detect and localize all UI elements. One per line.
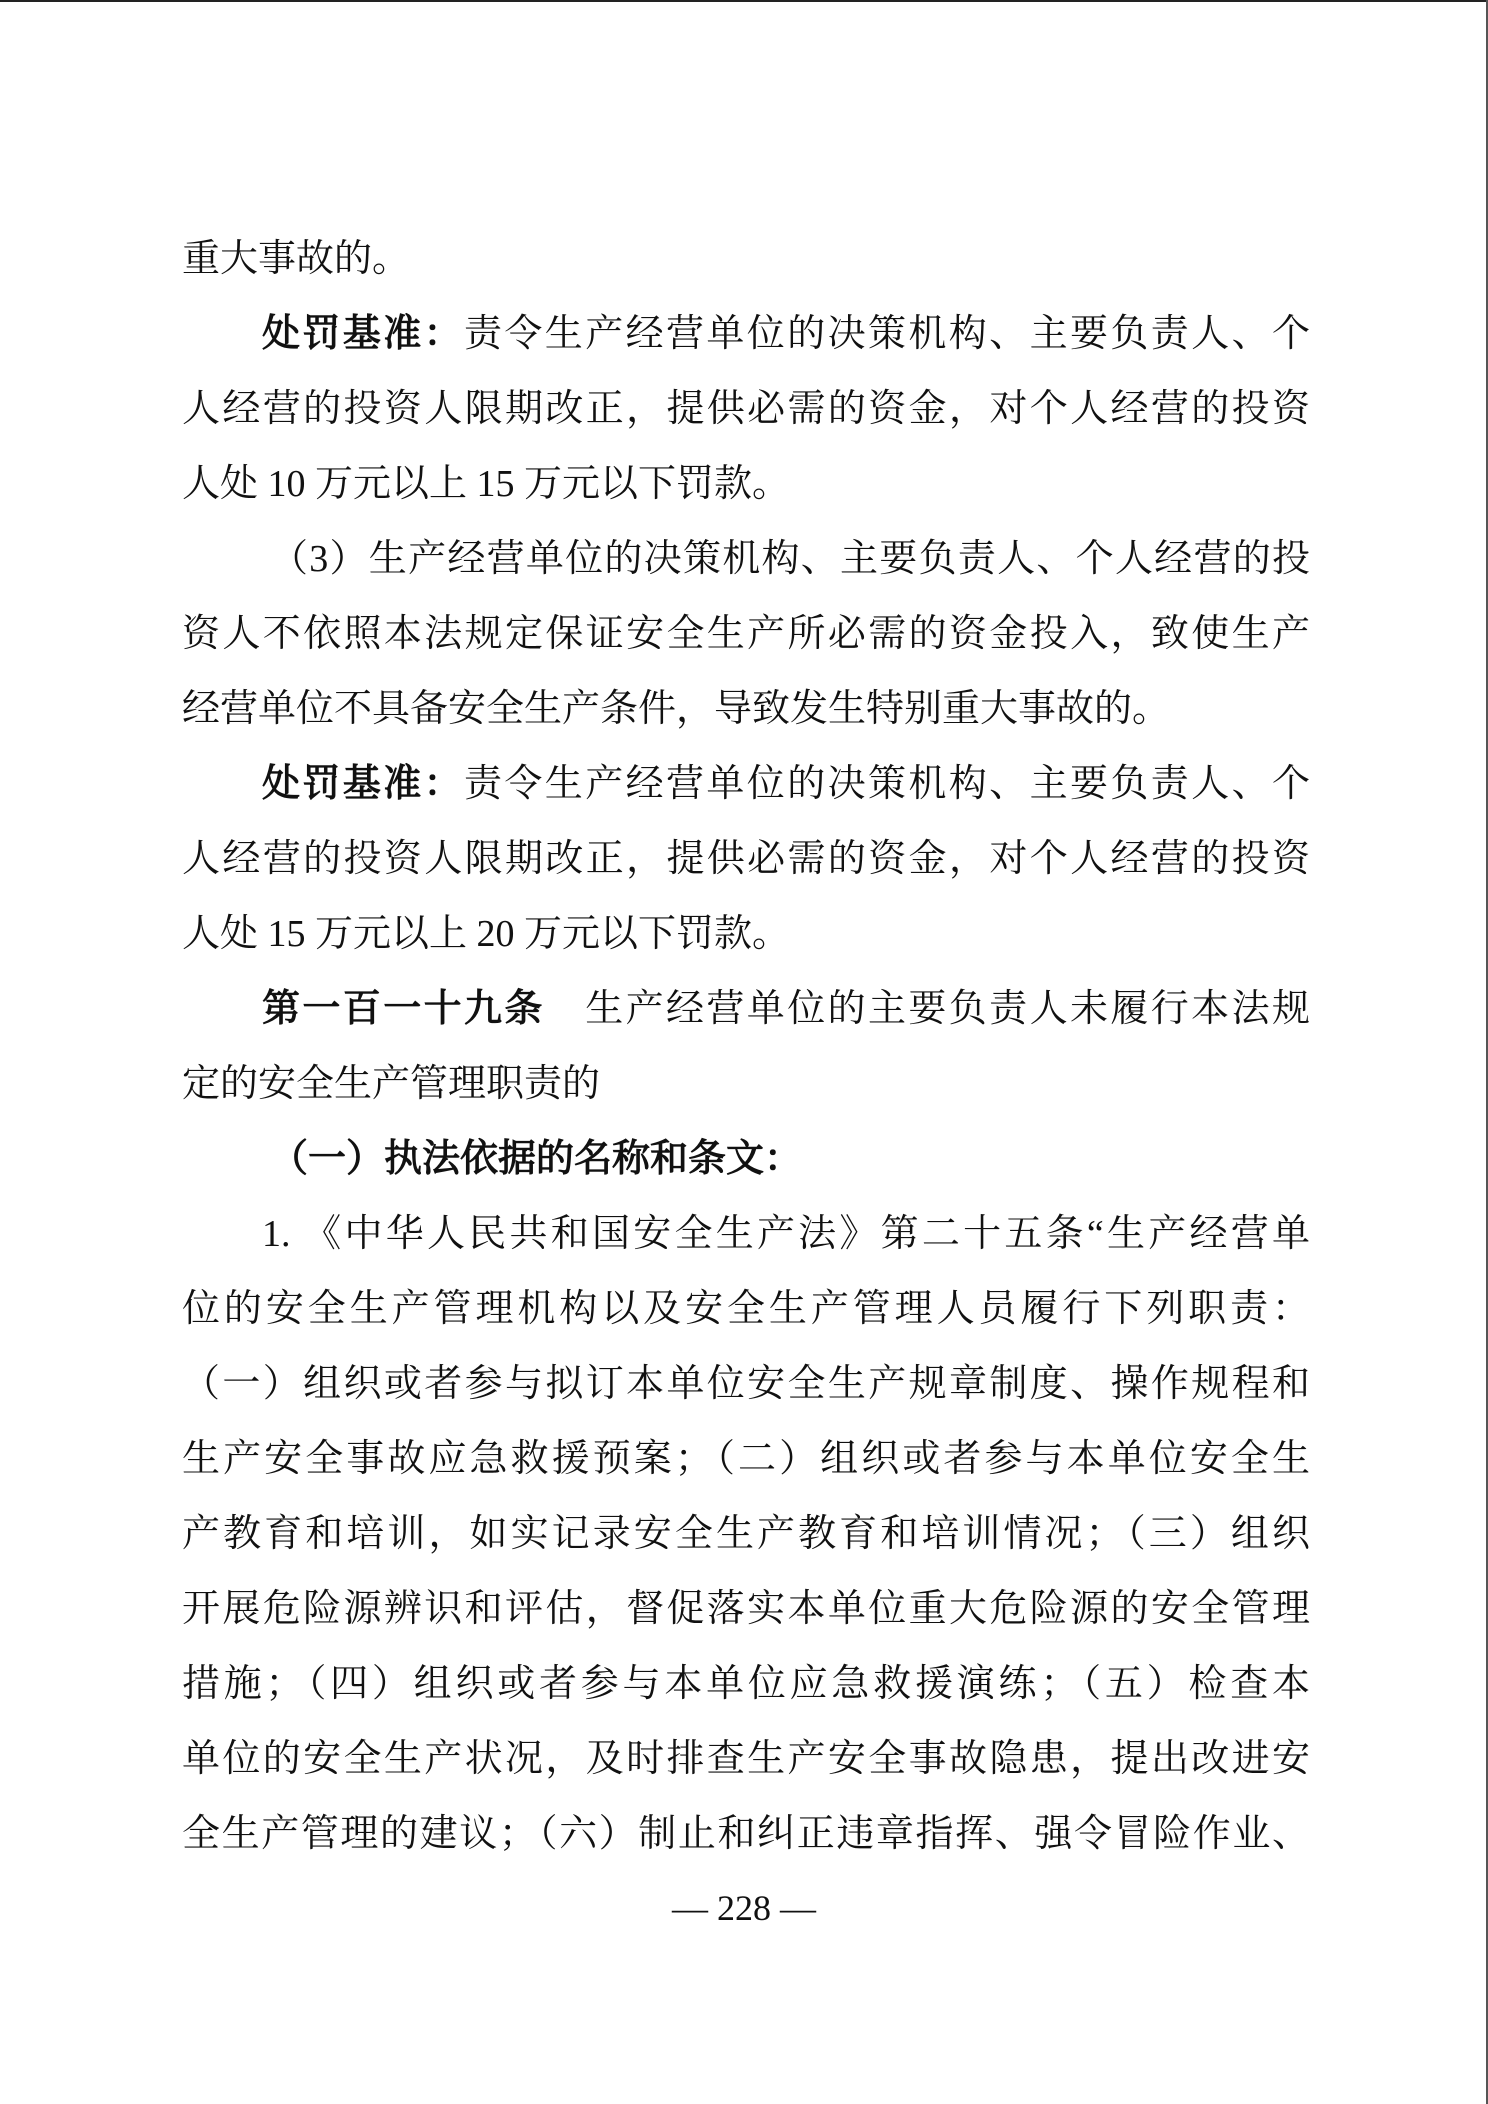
item-line: （3）生产经营单位的决策机构、主要负责人、个人经营的投	[182, 522, 1310, 597]
document-page: 重大事故的。 处罚基准：责令生产经营单位的决策机构、主要负责人、个 人经营的投资…	[182, 222, 1310, 1872]
item-line: 1. 《中华人民共和国安全生产法》第二十五条“生产经营单	[182, 1197, 1310, 1272]
text-line: 资人不依照本法规定保证安全生产所必需的资金投入，致使生产	[182, 597, 1310, 672]
body-text: 重大事故的。	[182, 238, 410, 280]
text-line: 重大事故的。	[182, 222, 1310, 297]
body-text: 位的安全生产管理机构以及安全生产管理人员履行下列职责：	[182, 1288, 1310, 1330]
text-line: 定的安全生产管理职责的	[182, 1047, 1310, 1122]
body-text: 单位的安全生产状况，及时排查生产安全事故隐患，提出改进安	[182, 1738, 1310, 1780]
page-number: — 228 —	[0, 1888, 1488, 1928]
section-heading: （一）执法依据的名称和条文：	[270, 1138, 802, 1180]
article-number: 第一百一十九条	[262, 988, 545, 1030]
article-heading-line: 第一百一十九条 生产经营单位的主要负责人未履行本法规	[182, 972, 1310, 1047]
body-text: 全生产管理的建议；（六）制止和纠正违章指挥、强令冒险作业、	[182, 1813, 1310, 1855]
body-text: 责令生产经营单位的决策机构、主要负责人、个	[464, 313, 1310, 355]
text-line: 生产安全事故应急救援预案；（二）组织或者参与本单位安全生	[182, 1422, 1310, 1497]
text-line: 人处 10 万元以上 15 万元以下罚款。	[182, 447, 1310, 522]
body-text: （一）组织或者参与拟订本单位安全生产规章制度、操作规程和	[182, 1363, 1310, 1405]
page-top-border	[0, 0, 1488, 2]
body-text: 产教育和培训，如实记录安全生产教育和培训情况；（三）组织	[182, 1513, 1310, 1555]
body-text: 生产经营单位的主要负责人未履行本法规	[545, 988, 1310, 1030]
body-text: 人处 10 万元以上 15 万元以下罚款。	[182, 463, 790, 505]
body-text: 开展危险源辨识和评估，督促落实本单位重大危险源的安全管理	[182, 1588, 1310, 1630]
body-text: 1. 《中华人民共和国安全生产法》第二十五条“生产经营单	[262, 1213, 1310, 1255]
body-text: 生产安全事故应急救援预案；（二）组织或者参与本单位安全生	[182, 1438, 1310, 1480]
penalty-standard-label: 处罚基准：	[262, 763, 464, 805]
section-heading-line: （一）执法依据的名称和条文：	[182, 1122, 1310, 1197]
text-line: 单位的安全生产状况，及时排查生产安全事故隐患，提出改进安	[182, 1722, 1310, 1797]
body-text: 人处 15 万元以上 20 万元以下罚款。	[182, 913, 790, 955]
body-text: （3）生产经营单位的决策机构、主要负责人、个人经营的投	[270, 538, 1310, 580]
penalty-standard-line: 处罚基准：责令生产经营单位的决策机构、主要负责人、个	[182, 747, 1310, 822]
text-line: 经营单位不具备安全生产条件，导致发生特别重大事故的。	[182, 672, 1310, 747]
penalty-standard-label: 处罚基准：	[262, 313, 464, 355]
text-line: 全生产管理的建议；（六）制止和纠正违章指挥、强令冒险作业、	[182, 1797, 1310, 1872]
body-text: 措施；（四）组织或者参与本单位应急救援演练；（五）检查本	[182, 1663, 1310, 1705]
text-line: 产教育和培训，如实记录安全生产教育和培训情况；（三）组织	[182, 1497, 1310, 1572]
body-text: 经营单位不具备安全生产条件，导致发生特别重大事故的。	[182, 688, 1170, 730]
text-line: 措施；（四）组织或者参与本单位应急救援演练；（五）检查本	[182, 1647, 1310, 1722]
text-line: 人经营的投资人限期改正，提供必需的资金，对个人经营的投资	[182, 372, 1310, 447]
text-line: 人处 15 万元以上 20 万元以下罚款。	[182, 897, 1310, 972]
text-line: 开展危险源辨识和评估，督促落实本单位重大危险源的安全管理	[182, 1572, 1310, 1647]
body-text: 责令生产经营单位的决策机构、主要负责人、个	[464, 763, 1310, 805]
text-line: 位的安全生产管理机构以及安全生产管理人员履行下列职责：	[182, 1272, 1310, 1347]
text-line: 人经营的投资人限期改正，提供必需的资金，对个人经营的投资	[182, 822, 1310, 897]
body-text: 资人不依照本法规定保证安全生产所必需的资金投入，致使生产	[182, 613, 1310, 655]
body-text: 定的安全生产管理职责的	[182, 1063, 600, 1105]
body-text: 人经营的投资人限期改正，提供必需的资金，对个人经营的投资	[182, 388, 1310, 430]
text-line: （一）组织或者参与拟订本单位安全生产规章制度、操作规程和	[182, 1347, 1310, 1422]
penalty-standard-line: 处罚基准：责令生产经营单位的决策机构、主要负责人、个	[182, 297, 1310, 372]
body-text: 人经营的投资人限期改正，提供必需的资金，对个人经营的投资	[182, 838, 1310, 880]
